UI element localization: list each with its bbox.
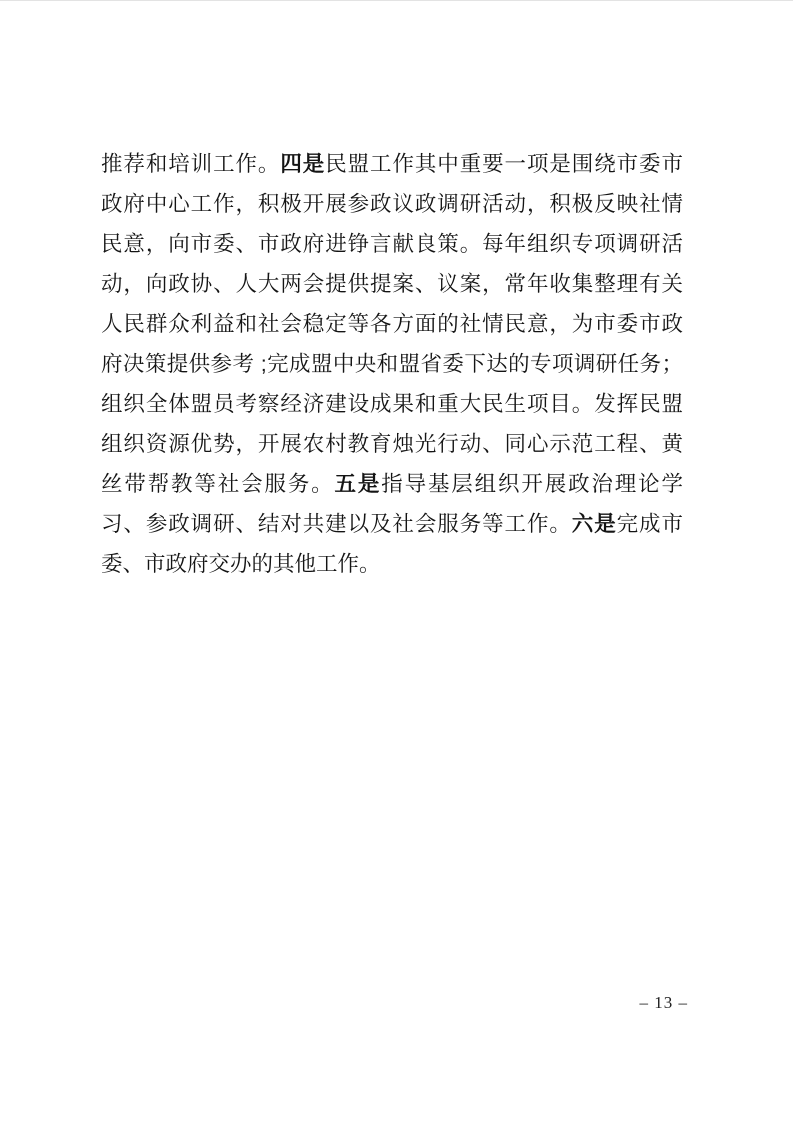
paragraph-line: 政府中心工作，积极开展参政议政调研活动，积极反映社情 <box>101 184 683 224</box>
text-segment: 习、参政调研、结对共建以及社会服务等工作。 <box>101 512 572 536</box>
text-segment: 委、市政府交办的其他工作。 <box>101 552 381 576</box>
paragraph-line: 府决策提供参考 ;完成盟中央和盟省委下达的专项调研任务； <box>101 344 683 384</box>
text-segment: 政府中心工作，积极开展参政议政调研活动，积极反映社情 <box>101 192 683 216</box>
text-segment: 丝带帮教等社会服务。 <box>101 472 335 496</box>
text-segment: 人民群众利益和社会稳定等各方面的社情民意，为市委市政 <box>101 312 683 336</box>
document-page: 推荐和培训工作。四是民盟工作其中重要一项是围绕市委市政府中心工作，积极开展参政议… <box>0 0 793 1122</box>
paragraph-line: 推荐和培训工作。四是民盟工作其中重要一项是围绕市委市 <box>101 144 683 184</box>
text-segment: 民盟工作其中重要一项是围绕市委市 <box>325 152 683 176</box>
paragraph-line: 人民群众利益和社会稳定等各方面的社情民意，为市委市政 <box>101 304 683 344</box>
bold-enumerator: 五是 <box>335 472 382 496</box>
bold-enumerator: 六是 <box>572 512 617 536</box>
paragraph-line: 丝带帮教等社会服务。五是指导基层组织开展政治理论学 <box>101 464 683 504</box>
paragraph-line: 组织资源优势，开展农村教育烛光行动、同心示范工程、黄 <box>101 424 683 464</box>
text-segment: 组织全体盟员考察经济建设成果和重大民生项目。发挥民盟 <box>101 392 683 416</box>
text-segment: 完成市 <box>617 512 683 536</box>
paragraph-line: 习、参政调研、结对共建以及社会服务等工作。六是完成市 <box>101 504 683 544</box>
page-number: – 13 – <box>0 993 688 1013</box>
paragraph-line: 委、市政府交办的其他工作。 <box>101 544 683 584</box>
paragraph-line: 动，向政协、人大两会提供提案、议案，常年收集整理有关 <box>101 264 683 304</box>
text-segment: 民意，向市委、市政府进铮言献良策。每年组织专项调研活 <box>101 232 683 256</box>
bold-enumerator: 四是 <box>280 152 325 176</box>
paragraph-line: 组织全体盟员考察经济建设成果和重大民生项目。发挥民盟 <box>101 384 683 424</box>
body-paragraph: 推荐和培训工作。四是民盟工作其中重要一项是围绕市委市政府中心工作，积极开展参政议… <box>101 144 683 584</box>
text-segment: 府决策提供参考 ;完成盟中央和盟省委下达的专项调研任务； <box>101 352 683 376</box>
text-segment: 动，向政协、人大两会提供提案、议案，常年收集整理有关 <box>101 272 683 296</box>
text-segment: 推荐和培训工作。 <box>101 152 280 176</box>
text-segment: 组织资源优势，开展农村教育烛光行动、同心示范工程、黄 <box>101 432 683 456</box>
text-segment: 指导基层组织开展政治理论学 <box>381 472 683 496</box>
paragraph-line: 民意，向市委、市政府进铮言献良策。每年组织专项调研活 <box>101 224 683 264</box>
